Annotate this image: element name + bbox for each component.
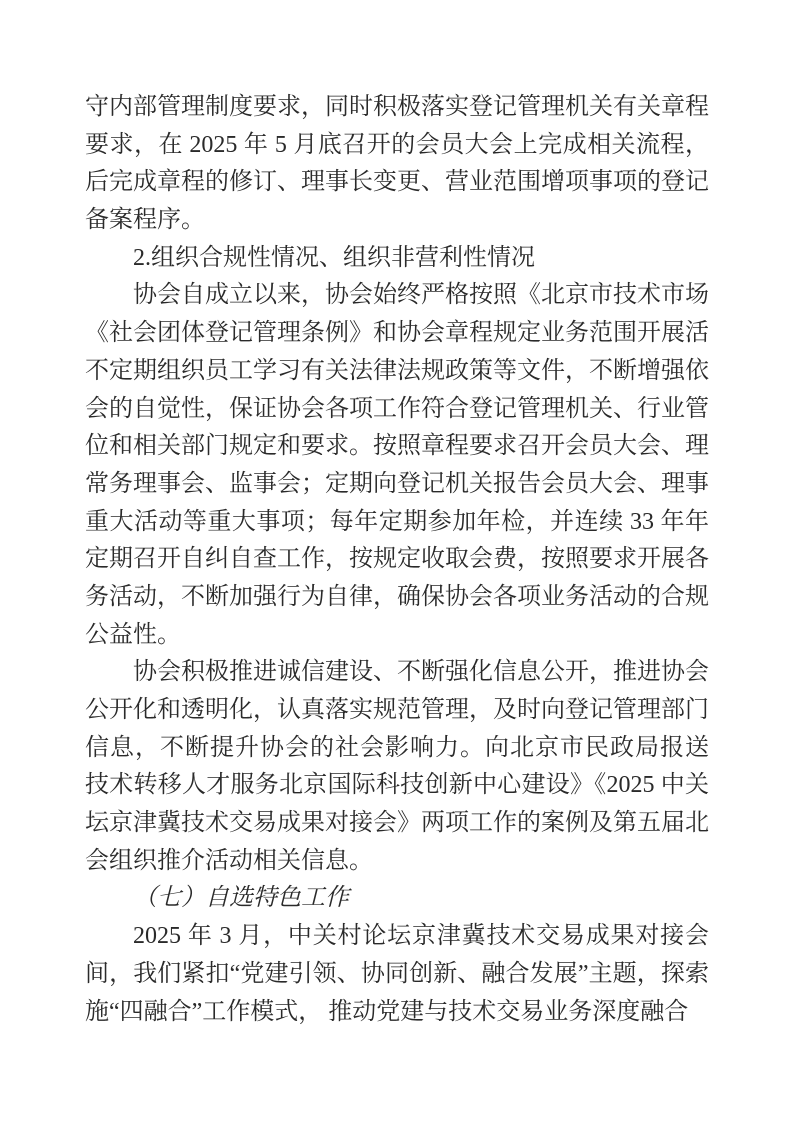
text-line: 常务理事会、监事会；定期向登记机关报告会员大会、理事会、 <box>85 466 709 504</box>
text-line: 公益性。 <box>85 617 709 655</box>
text-line: 《社会团体登记管理条例》和协会章程规定业务范围开展活动， <box>85 315 709 353</box>
text-line: 务活动，不断加强行为自律，确保协会各项业务活动的合规性和 <box>85 579 709 617</box>
text-line: 备案程序。 <box>85 202 709 240</box>
text-line: 协会积极推进诚信建设、不断强化信息公开，推进协会决策 <box>85 654 709 692</box>
text-line: 信息，不断提升协会的社会影响力。向北京市民政局报送《培养 <box>85 730 709 768</box>
text-line: 协会自成立以来，协会始终严格按照《北京市技术市场条例》、 <box>85 277 709 315</box>
text-line: 公开化和透明化，认真落实规范管理，及时向登记管理部门报送 <box>85 692 709 730</box>
text-line: 2025 年 3 月，中关村论坛京津冀技术交易成果对接会举办期 <box>85 918 709 956</box>
text-line: 不定期组织员工学习有关法律法规政策等文件，不断增强依法办 <box>85 353 709 391</box>
text-line: 坛京津冀技术交易成果对接会》两项工作的案例及第五届北京社 <box>85 805 709 843</box>
text-line: 会组织推介活动相关信息。 <box>85 843 709 881</box>
text-line: 守内部管理制度要求，同时积极落实登记管理机关有关章程修订 <box>85 89 709 127</box>
text-block: 守内部管理制度要求，同时积极落实登记管理机关有关章程修订 要求，在 2025 年… <box>85 89 709 1031</box>
text-line: 位和相关部门规定和要求。按照章程要求召开会员大会、理事会、 <box>85 428 709 466</box>
text-line: 施“四融合”工作模式， 推动党建与技术交易业务深度融合互促。 <box>85 994 709 1032</box>
text-line: 要求，在 2025 年 5 月底召开的会员大会上完成相关流程，并在会 <box>85 127 709 165</box>
text-line: 技术转移人才服务北京国际科技创新中心建设》《2025 中关村论 <box>85 767 709 805</box>
document-page: 守内部管理制度要求，同时积极落实登记管理机关有关章程修订 要求，在 2025 年… <box>0 0 793 1122</box>
section-heading: （七）自选特色工作 <box>85 880 709 918</box>
section-heading: 2.组织合规性情况、组织非营利性情况 <box>85 240 709 278</box>
text-line: 重大活动等重大事项；每年定期参加年检，并连续 33 年年检合格； <box>85 504 709 542</box>
text-line: 间，我们紧扣“党建引领、协同创新、融合发展”主题，探索实 <box>85 956 709 994</box>
text-line: 会的自觉性，保证协会各项工作符合登记管理机关、行业管理单 <box>85 391 709 429</box>
text-line: 后完成章程的修订、理事长变更、营业范围增项事项的登记机关 <box>85 164 709 202</box>
text-line: 定期召开自纠自查工作，按规定收取会费，按照要求开展各项业 <box>85 541 709 579</box>
